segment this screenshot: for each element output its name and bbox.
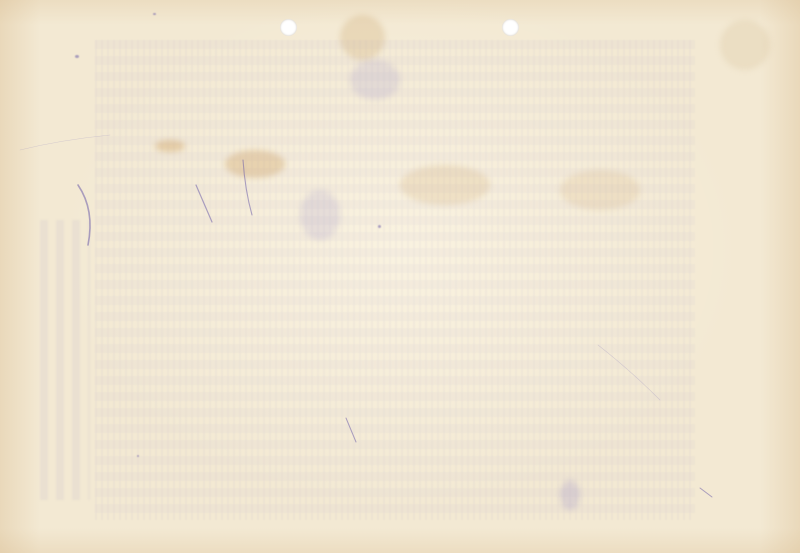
punch-hole — [280, 19, 297, 36]
ink-dot — [153, 13, 156, 15]
ink-scratches — [0, 0, 800, 553]
ink-dot — [378, 225, 381, 228]
ink-dot — [75, 55, 79, 58]
punch-hole — [502, 19, 519, 36]
scanned-page — [0, 0, 800, 553]
ink-dot — [137, 455, 139, 457]
